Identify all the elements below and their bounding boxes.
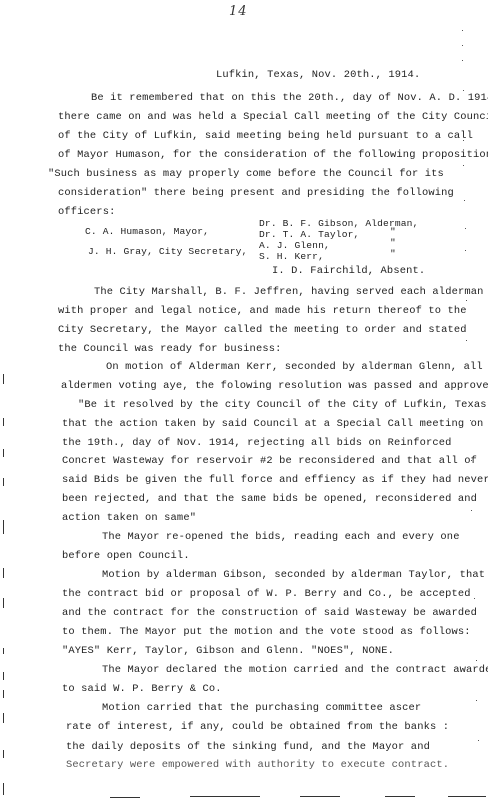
speck xyxy=(478,740,479,741)
p7-line-2: rate of interest, if any, could be obtai… xyxy=(66,721,449,733)
speck xyxy=(463,90,464,91)
margin-mark xyxy=(3,568,4,578)
scan-artifact xyxy=(385,796,415,797)
p2-line-4: the Council was ready for business: xyxy=(58,343,282,355)
p5-line-1: Motion by alderman Gibson, seconded by a… xyxy=(102,569,485,581)
scan-artifact xyxy=(110,797,140,798)
scan-artifact xyxy=(448,796,486,797)
officer-left-2: J. H. Gray, City Secretary, xyxy=(88,246,248,257)
resolution-line-6: been rejected, and that the same bids be… xyxy=(62,493,477,505)
speck xyxy=(470,420,471,421)
speck xyxy=(463,165,464,166)
speck xyxy=(470,385,471,386)
p6-line-1: The Mayor declared the motion carried an… xyxy=(102,664,488,676)
speck xyxy=(476,700,477,701)
ditto-3: " xyxy=(390,248,396,259)
page-number: 14 xyxy=(229,4,248,19)
speck xyxy=(471,510,472,511)
p3-line-2: aldermen voting aye, the folowing resolu… xyxy=(61,380,488,392)
document-page: 14 Lufkin, Texas, Nov. 20th., 1914. Be i… xyxy=(0,0,488,800)
p2-line-3: City Secretary, the Mayor called the mee… xyxy=(58,324,467,336)
p3-line-1: On motion of Alderman Kerr, seconded by … xyxy=(106,361,483,373)
speck xyxy=(471,460,472,461)
speck xyxy=(465,228,466,229)
p1-line-6: consideration" there being present and p… xyxy=(58,187,454,199)
speck xyxy=(466,340,467,341)
p5-line-3: and the contract for the construction of… xyxy=(62,607,477,619)
p6-line-2: to said W. P. Berry & Co. xyxy=(62,683,222,695)
p7-line-3: the daily deposits of the sinking fund, … xyxy=(66,741,430,753)
p1-line-7: officers: xyxy=(58,206,115,218)
p4-line-1: The Mayor re-opened the bids, reading ea… xyxy=(102,531,460,543)
resolution-line-1: "Be it resolved by the city Council of t… xyxy=(78,399,488,411)
p1-line-2: there came on and was held a Special Cal… xyxy=(58,111,488,123)
margin-mark xyxy=(3,374,4,384)
speck xyxy=(476,660,477,661)
officer-left-1: C. A. Humason, Mayor, xyxy=(85,226,209,237)
margin-mark xyxy=(3,750,4,758)
scan-artifact xyxy=(190,796,260,797)
p1-line-3: of the City of Lufkin, said meeting bein… xyxy=(58,130,473,142)
speck xyxy=(463,140,464,141)
officer-right-2: Dr. T. A. Taylor, xyxy=(259,229,359,240)
margin-mark xyxy=(3,690,4,698)
margin-mark xyxy=(3,478,4,486)
absent-officer: I. D. Fairchild, Absent. xyxy=(272,265,425,277)
resolution-line-4: Concret Wasteway for reservoir #2 be rec… xyxy=(62,455,477,467)
speck xyxy=(465,250,466,251)
speck xyxy=(462,30,463,31)
p5-line-2: the contract bid or proposal of W. P. Be… xyxy=(62,588,471,600)
margin-mark xyxy=(3,783,4,795)
margin-mark xyxy=(3,418,4,426)
p1-line-4: of Mayor Humason, for the consideration … xyxy=(58,149,488,161)
scan-artifact xyxy=(300,796,340,797)
speck xyxy=(462,60,463,61)
p7-line-4: Secretary were empowered with authority … xyxy=(66,759,449,771)
p4-line-2: before open Council. xyxy=(62,550,190,562)
margin-mark xyxy=(3,672,4,680)
p7-line-1: Motion carried that the purchasing commi… xyxy=(102,702,421,714)
margin-mark xyxy=(3,598,4,608)
ditto-1: " xyxy=(390,226,396,237)
p2-line-2: with proper and legal notice, and made h… xyxy=(58,305,467,317)
p5-line-4: to them. The Mayor put the motion and th… xyxy=(62,626,471,638)
resolution-line-2: that the action taken by said Council at… xyxy=(62,418,483,430)
p1-line-1: Be it remembered that on this the 20th.,… xyxy=(91,92,488,104)
speck xyxy=(466,300,467,301)
speck xyxy=(464,200,465,201)
ditto-2: " xyxy=(390,237,396,248)
margin-mark xyxy=(3,449,4,457)
officer-right-3: A. J. Glenn, xyxy=(259,240,330,251)
speck xyxy=(462,45,463,46)
speck xyxy=(474,598,475,599)
officer-right-4: S. H. Kerr, xyxy=(259,251,324,262)
resolution-line-7: action taken on same" xyxy=(62,512,196,524)
p2-line-1: The City Marshall, B. F. Jeffren, having… xyxy=(94,286,484,298)
resolution-line-3: the 19th., day of Nov. 1914, rejecting a… xyxy=(62,437,452,449)
p5-line-5: "AYES" Kerr, Taylor, Gibson and Glenn. "… xyxy=(62,645,394,657)
p1-line-5: "Such business as may properly come befo… xyxy=(48,168,444,180)
margin-mark xyxy=(3,520,4,534)
resolution-line-5: said Bids be given the full force and ef… xyxy=(62,474,488,486)
margin-mark xyxy=(3,648,4,654)
dateline: Lufkin, Texas, Nov. 20th., 1914. xyxy=(216,69,420,81)
margin-mark xyxy=(3,713,4,723)
